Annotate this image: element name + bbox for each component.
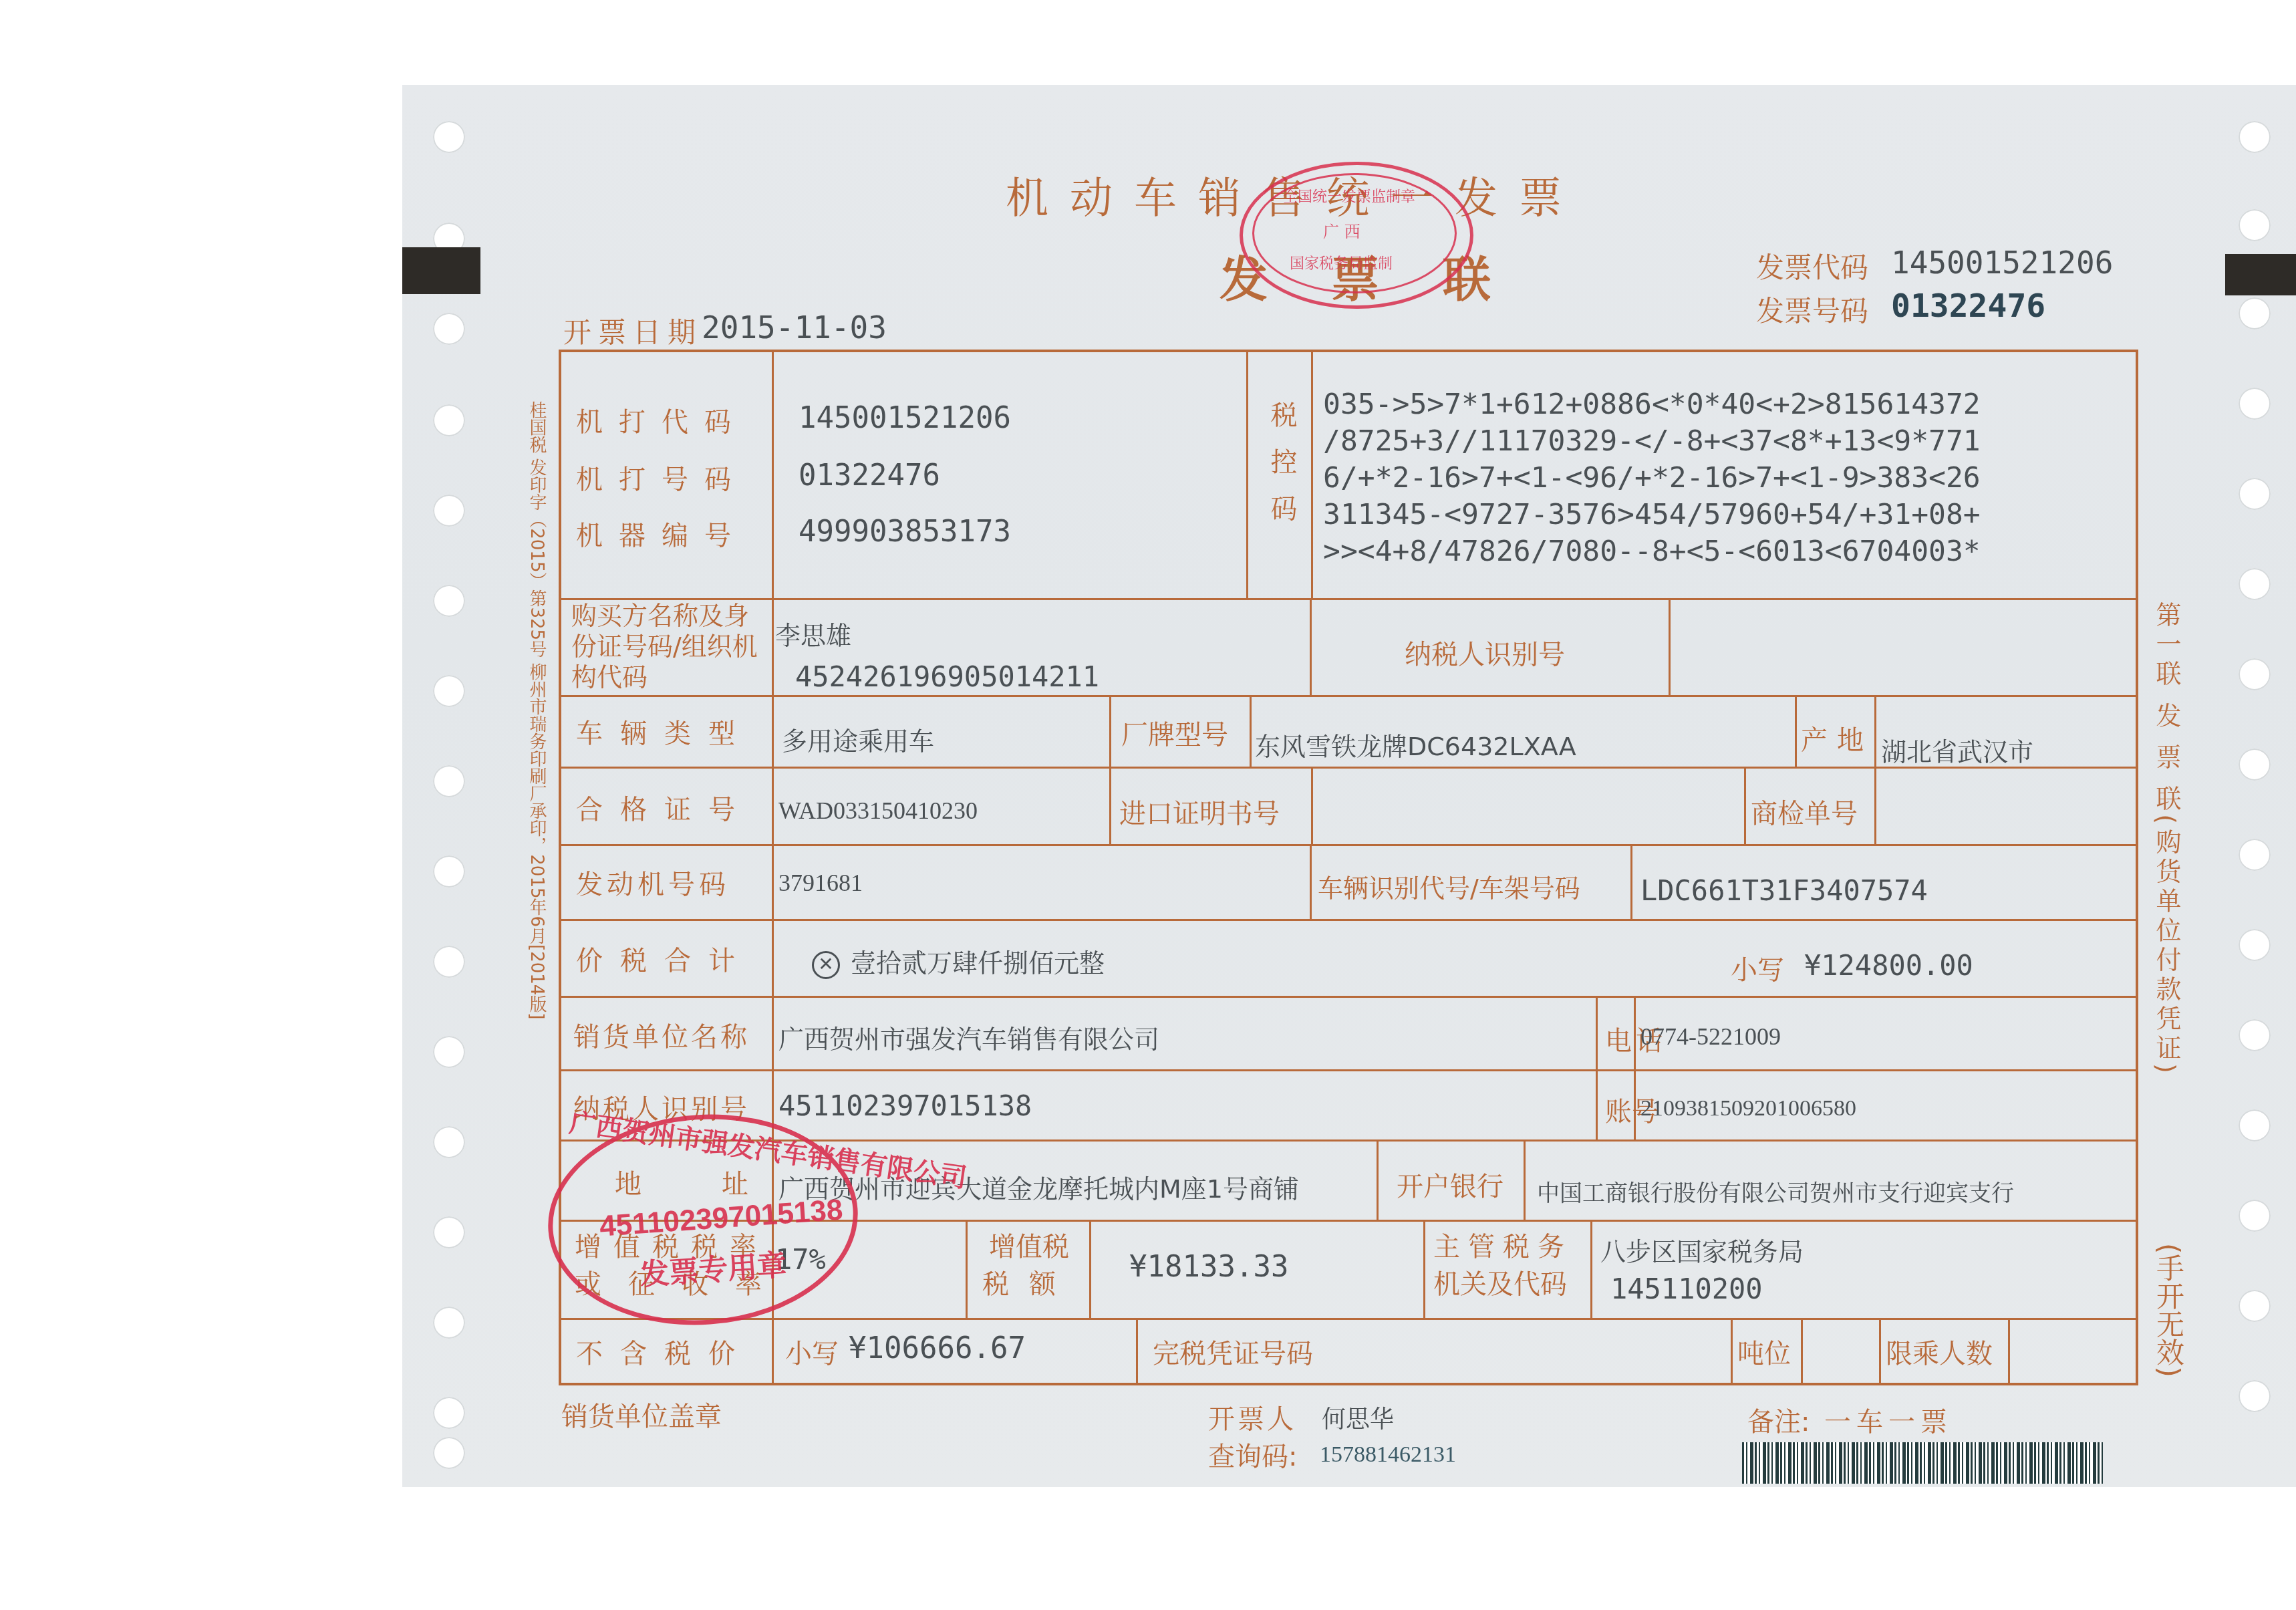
buyer-name: 李思雄 (775, 615, 851, 652)
account: 21093815092010065​80 (1640, 1096, 1856, 1121)
total-label: 价税合计 (576, 940, 752, 978)
machine-code-label: 机打代码 (576, 401, 747, 439)
issuer: 何思华 (1322, 1401, 1394, 1435)
tax-office-code: 145110200 (1610, 1272, 1763, 1305)
tax-receipt-label: 完税凭证号码 (1153, 1333, 1313, 1371)
seller-label: 销货单位名称 (573, 1016, 750, 1054)
origin-label: 产地 (1801, 719, 1873, 757)
copy-note: 第一联 发 票 联(购货单位付款凭证) (2148, 601, 2185, 1077)
buyer-id: 452426196905014211 (795, 660, 1099, 693)
bank-label: 开户银行 (1397, 1166, 1503, 1204)
machine-number-label: 机打号码 (576, 458, 747, 497)
remark-label: 备注: (1747, 1401, 1810, 1439)
seller-seal-label: 销货单位盖章 (561, 1395, 722, 1434)
handwritten-invalid-note: (手开无效) (2148, 1243, 2188, 1377)
tax-office: 八步区国家税务局 (1600, 1231, 1804, 1268)
tax-bureau-stamp: 全国统一发票监制章 广 西 国家税务局监制 (1240, 162, 1473, 309)
invoice-code: 145001521206 (1891, 245, 2113, 281)
phone: 0774-5221009 (1640, 1023, 1781, 1051)
query-code: 157881462131 (1320, 1442, 1456, 1468)
origin: 湖北省武汉市 (1881, 731, 2033, 768)
issuer-label: 开票人 (1208, 1398, 1296, 1436)
tax-office-label: 主管税务 机关及代码 (1433, 1228, 1572, 1303)
barcode (1742, 1442, 2103, 1484)
machine-serial: 499903853173 (799, 515, 1011, 549)
query-label: 查询码: (1208, 1436, 1297, 1474)
vin-label: 车辆识别代号/车架号码 (1318, 867, 1580, 904)
engine-label: 发动机号码 (576, 863, 730, 902)
engine: 3791681 (778, 869, 863, 897)
buyer-taxpayer-label: 纳税人识别号 (1405, 634, 1565, 672)
crossed-circle-icon: ✕ (812, 951, 840, 979)
issue-date-label: 开票日期 (563, 311, 702, 351)
invoice-number-label: 发票号码 (1756, 289, 1868, 329)
brand-model-label: 厂牌型号 (1121, 714, 1228, 752)
inspection-label: 商检单号 (1751, 793, 1858, 831)
tonnage-label: 吨位 (1737, 1333, 1791, 1371)
issue-date: 2015-11-03 (702, 309, 887, 346)
buyer-label: 购买方名称及身份证号码/组织机构代码 (571, 600, 765, 692)
remark: 一车一票 (1824, 1401, 1953, 1439)
vat-amount-label: 增值税 税额 (979, 1228, 1079, 1303)
pretax-small-label: 小写 (785, 1333, 839, 1371)
import-cert-label: 进口证明书号 (1119, 793, 1280, 831)
vehicle-type: 多用途乘用车 (782, 720, 934, 757)
cert-label: 合格证号 (576, 789, 752, 827)
pretax-label: 不含税价 (576, 1333, 752, 1371)
brand-model: 东风雪铁龙牌DC6432LXAA (1255, 726, 1576, 763)
bank: 中国工商银行股份有限公司贺州市支行迎宾支行 (1537, 1175, 2014, 1208)
total-small: ¥124800.00 (1804, 949, 1973, 982)
machine-code: 145001521206 (799, 401, 1011, 435)
vin: LDC661T31F3407574 (1640, 874, 1928, 907)
cert: WAD033150410230 (778, 797, 978, 825)
seats-label: 限乘人数 (1886, 1333, 1993, 1371)
registration-mark-right (2225, 254, 2296, 295)
vehicle-type-label: 车辆类型 (576, 712, 752, 751)
seller: 广西贺州市强发汽车销售有限公司 (778, 1019, 1159, 1055)
seller-taxpayer: 451102397015138 (778, 1089, 1032, 1122)
invoice-code-label: 发票代码 (1756, 246, 1868, 286)
machine-number: 01322476 (799, 458, 940, 493)
registration-mark-left (402, 247, 480, 294)
tax-control-label: 税控码 (1263, 401, 1301, 541)
pretax: ¥106666.67 (849, 1331, 1026, 1365)
tax-control-code: 035->5>7*1+612+0886<*0*40<+2>815614372 /… (1323, 386, 1981, 570)
total-words: ✕壹拾贰万肆仟捌佰元整 (812, 942, 1105, 979)
printer-note: 桂国税 发印字（2015）第325号 柳州市瑞务印刷厂承印，2015年6月[20… (525, 401, 549, 1020)
vat-amount: ¥18133.33 (1129, 1250, 1288, 1284)
machine-serial-label: 机器编号 (576, 515, 747, 553)
total-small-label: 小写 (1731, 949, 1784, 987)
invoice-number: 01322476 (1891, 287, 2045, 325)
